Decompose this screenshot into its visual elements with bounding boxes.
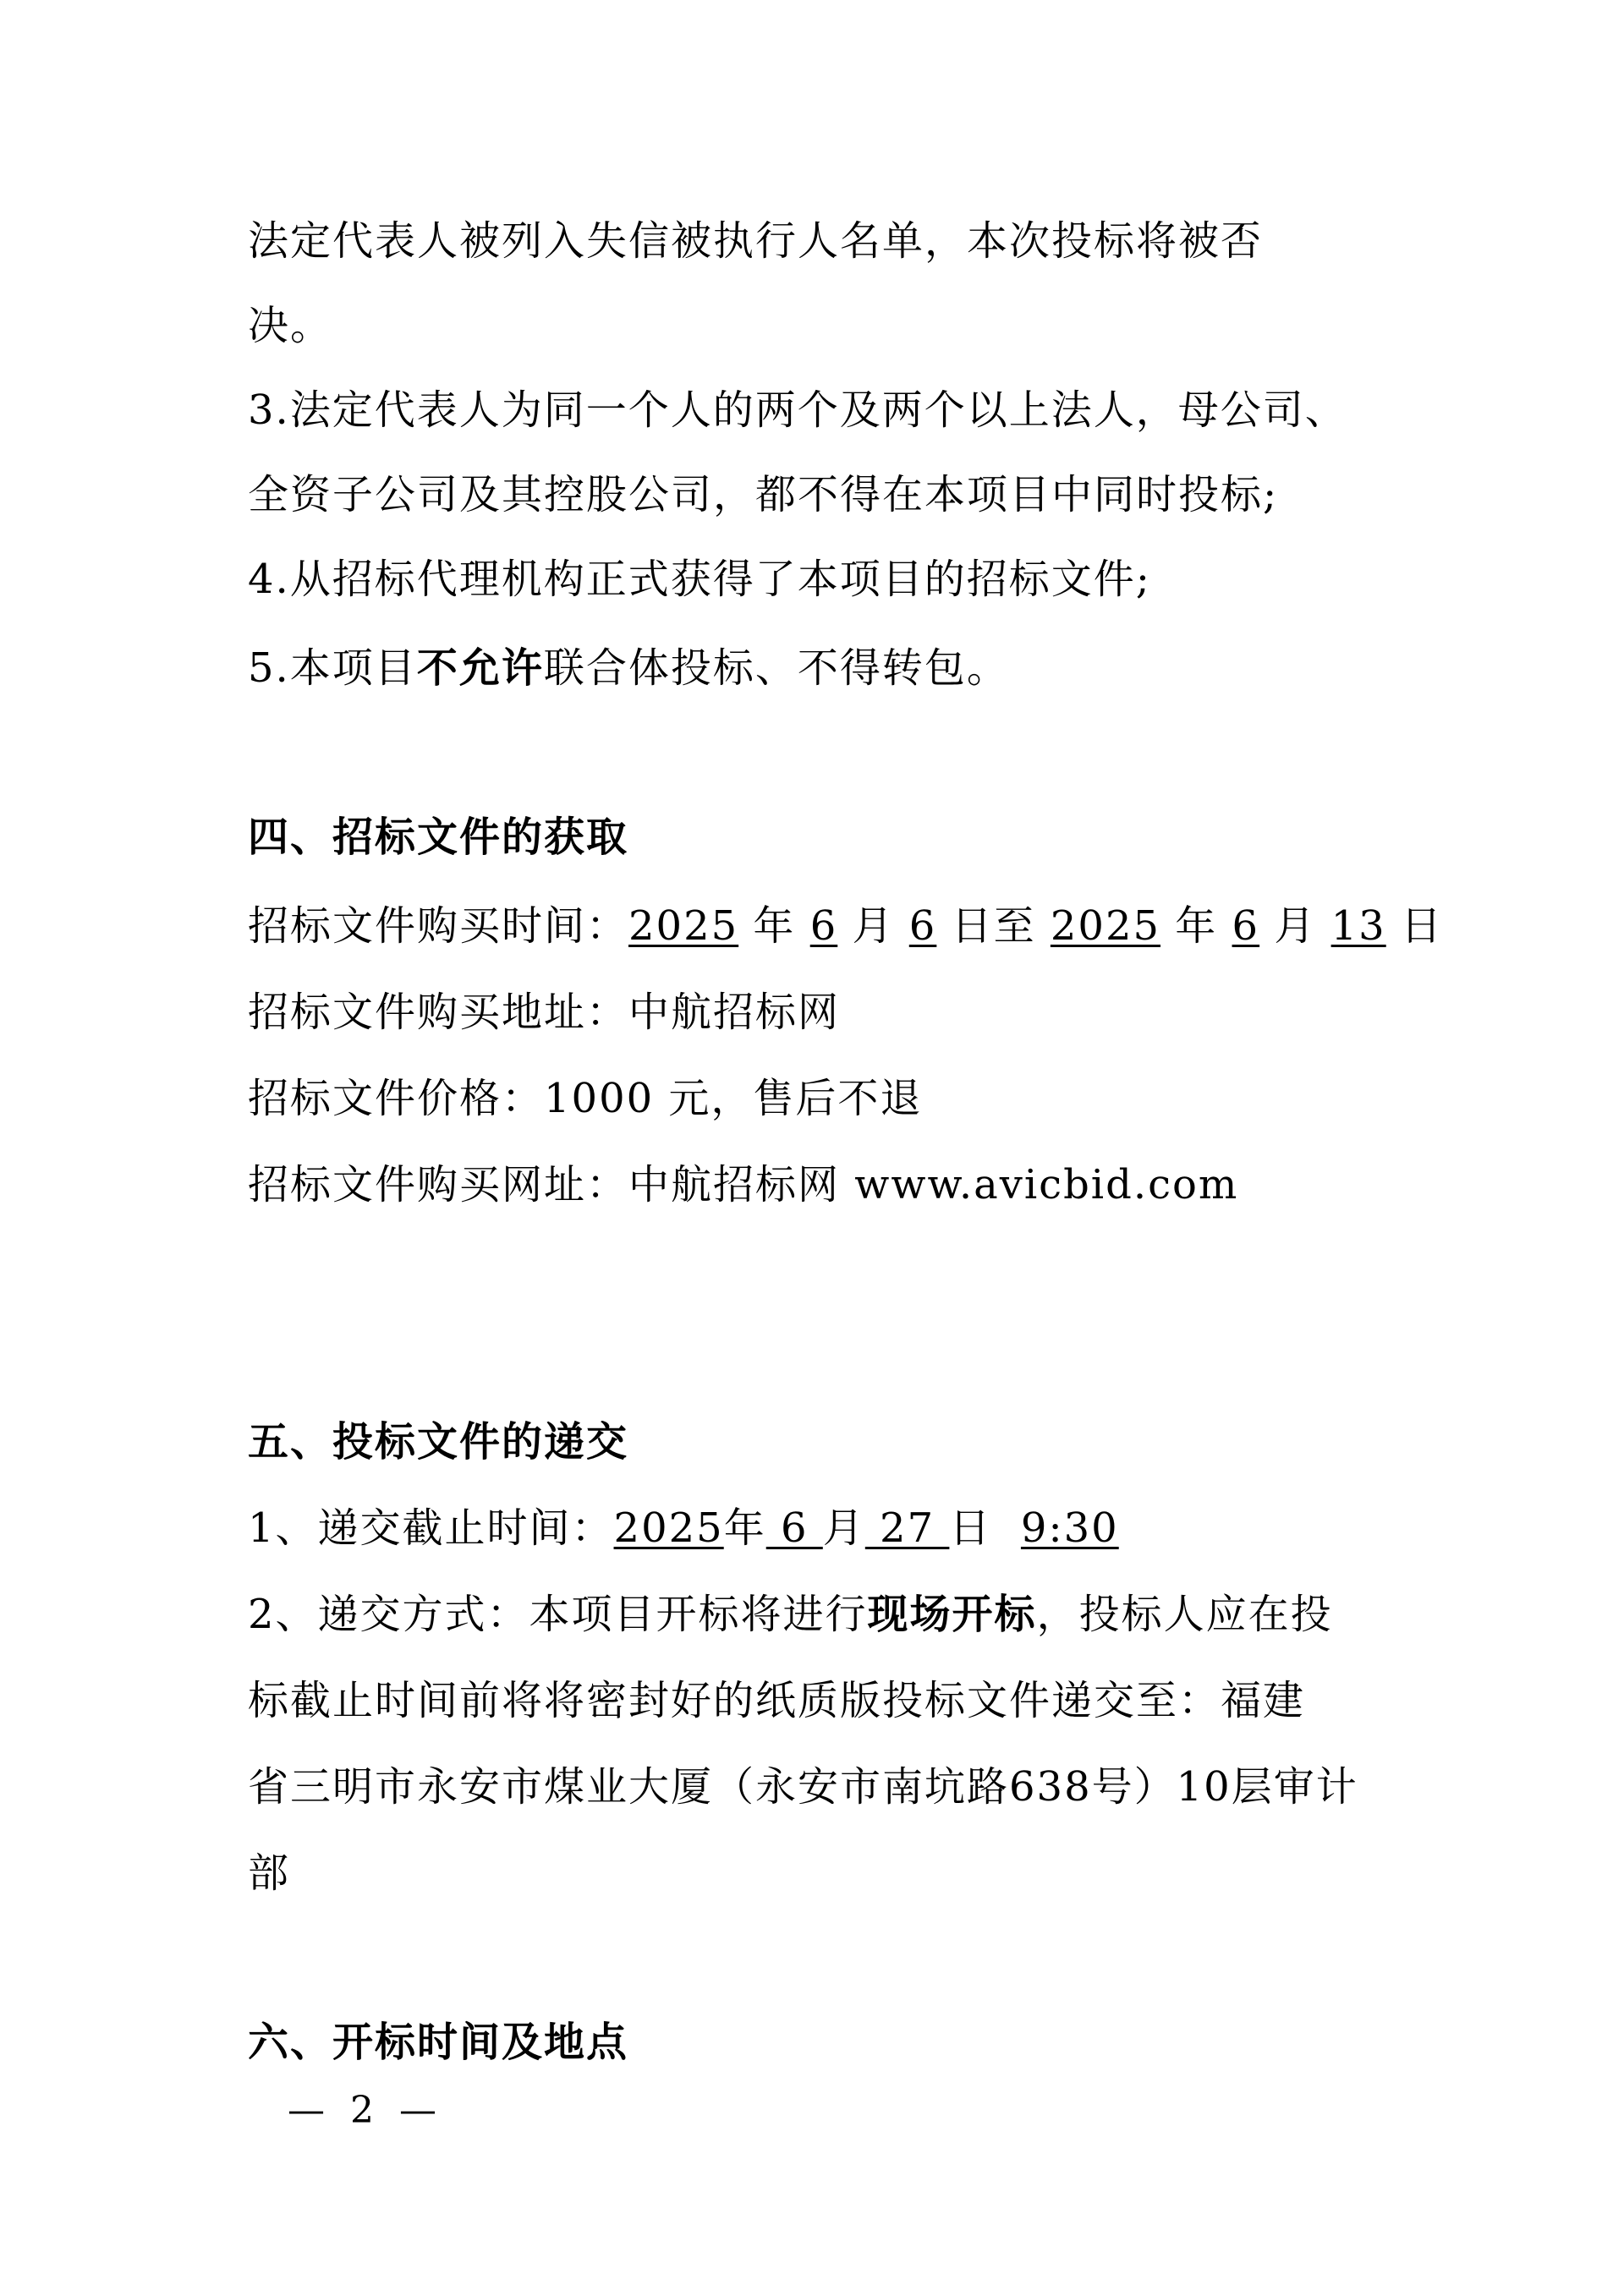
label: 招标文件购买地址： [248,989,628,1036]
deadline-month: 6 [766,1504,823,1552]
text: 年 [738,902,810,950]
paragraph-line: 法定代表人被列入失信被执行人名单，本次投标将被否 [248,216,1263,266]
text: 日 [949,1504,1021,1552]
paragraph-line: 全资子公司及其控股公司，都不得在本项目中同时投标; [248,469,1278,520]
text: 联合体投标、不得转包。 [544,644,1009,692]
text: 月 [1259,902,1331,950]
deadline-day: 27 [865,1504,950,1552]
start-day: 6 [909,902,937,950]
paragraph-line: 4.从招标代理机构正式获得了本项目的招标文件; [248,554,1151,605]
text: 2、递交方式：本项目开标将进行 [248,1591,868,1638]
url-line: 招标文件购买网址：中航招标网 www.avicbid.com [248,1159,1238,1210]
section-heading: 六、开标时间及地点 [248,2017,628,2068]
text: 日 [1386,902,1443,950]
text: 月 [823,1504,865,1552]
paragraph-line: 决。 [248,300,332,351]
deadline-year: 2025 [614,1504,724,1552]
section-heading: 四、招标文件的获取 [248,812,628,863]
value: 1000 元，售后不退 [544,1075,922,1122]
deadline-time: 9:30 [1021,1504,1119,1552]
end-day: 13 [1331,902,1386,950]
page-number: — 2 — [288,2087,443,2134]
paragraph-line: 部 [248,1848,290,1899]
method-line: 2、递交方式：本项目开标将进行现场开标，投标人应在投 [248,1589,1333,1640]
purchase-time-line: 招标文件购买时间：2025 年 6 月 6 日至 2025 年 6 月 13 日 [248,901,1443,951]
text: 5.本项目 [248,644,417,692]
price-line: 招标文件价格：1000 元，售后不退 [248,1073,922,1124]
text: 日至 [936,902,1051,950]
paragraph-line: 标截止时间前将将密封好的纸质版投标文件递交至：福建 [248,1675,1305,1726]
label: 招标文件购买网址： [248,1161,628,1208]
label: 招标文件购买时间： [248,902,628,950]
label: 1、递交截止时间： [248,1504,614,1552]
text: 月 [837,902,909,950]
url-link[interactable]: 中航招标网 www.avicbid.com [628,1161,1238,1208]
label: 招标文件价格： [248,1075,544,1122]
start-month: 6 [810,902,838,950]
emphasis-text: 现场开标 [868,1591,1037,1638]
end-month: 6 [1232,902,1260,950]
text: 年 [724,1504,766,1552]
paragraph-line: 5.本项目不允许联合体投标、不得转包。 [248,643,1009,693]
value: 中航招标网 [628,989,840,1036]
purchase-address-line: 招标文件购买地址：中航招标网 [248,987,840,1038]
paragraph-line: 省三明市永安市煤业大厦（永安市南坑路638号）10层审计 [248,1762,1358,1812]
start-year: 2025 [628,902,738,950]
paragraph-line: 3.法定代表人为同一个人的两个及两个以上法人，母公司、 [248,385,1347,436]
text: ，投标人应在投 [1037,1591,1333,1638]
emphasis-text: 不允许 [417,644,544,692]
section-heading: 五、投标文件的递交 [248,1417,628,1467]
end-year: 2025 [1051,902,1160,950]
text: 年 [1160,902,1232,950]
deadline-line: 1、递交截止时间：2025年 6 月 27 日 9:30 [248,1503,1119,1553]
